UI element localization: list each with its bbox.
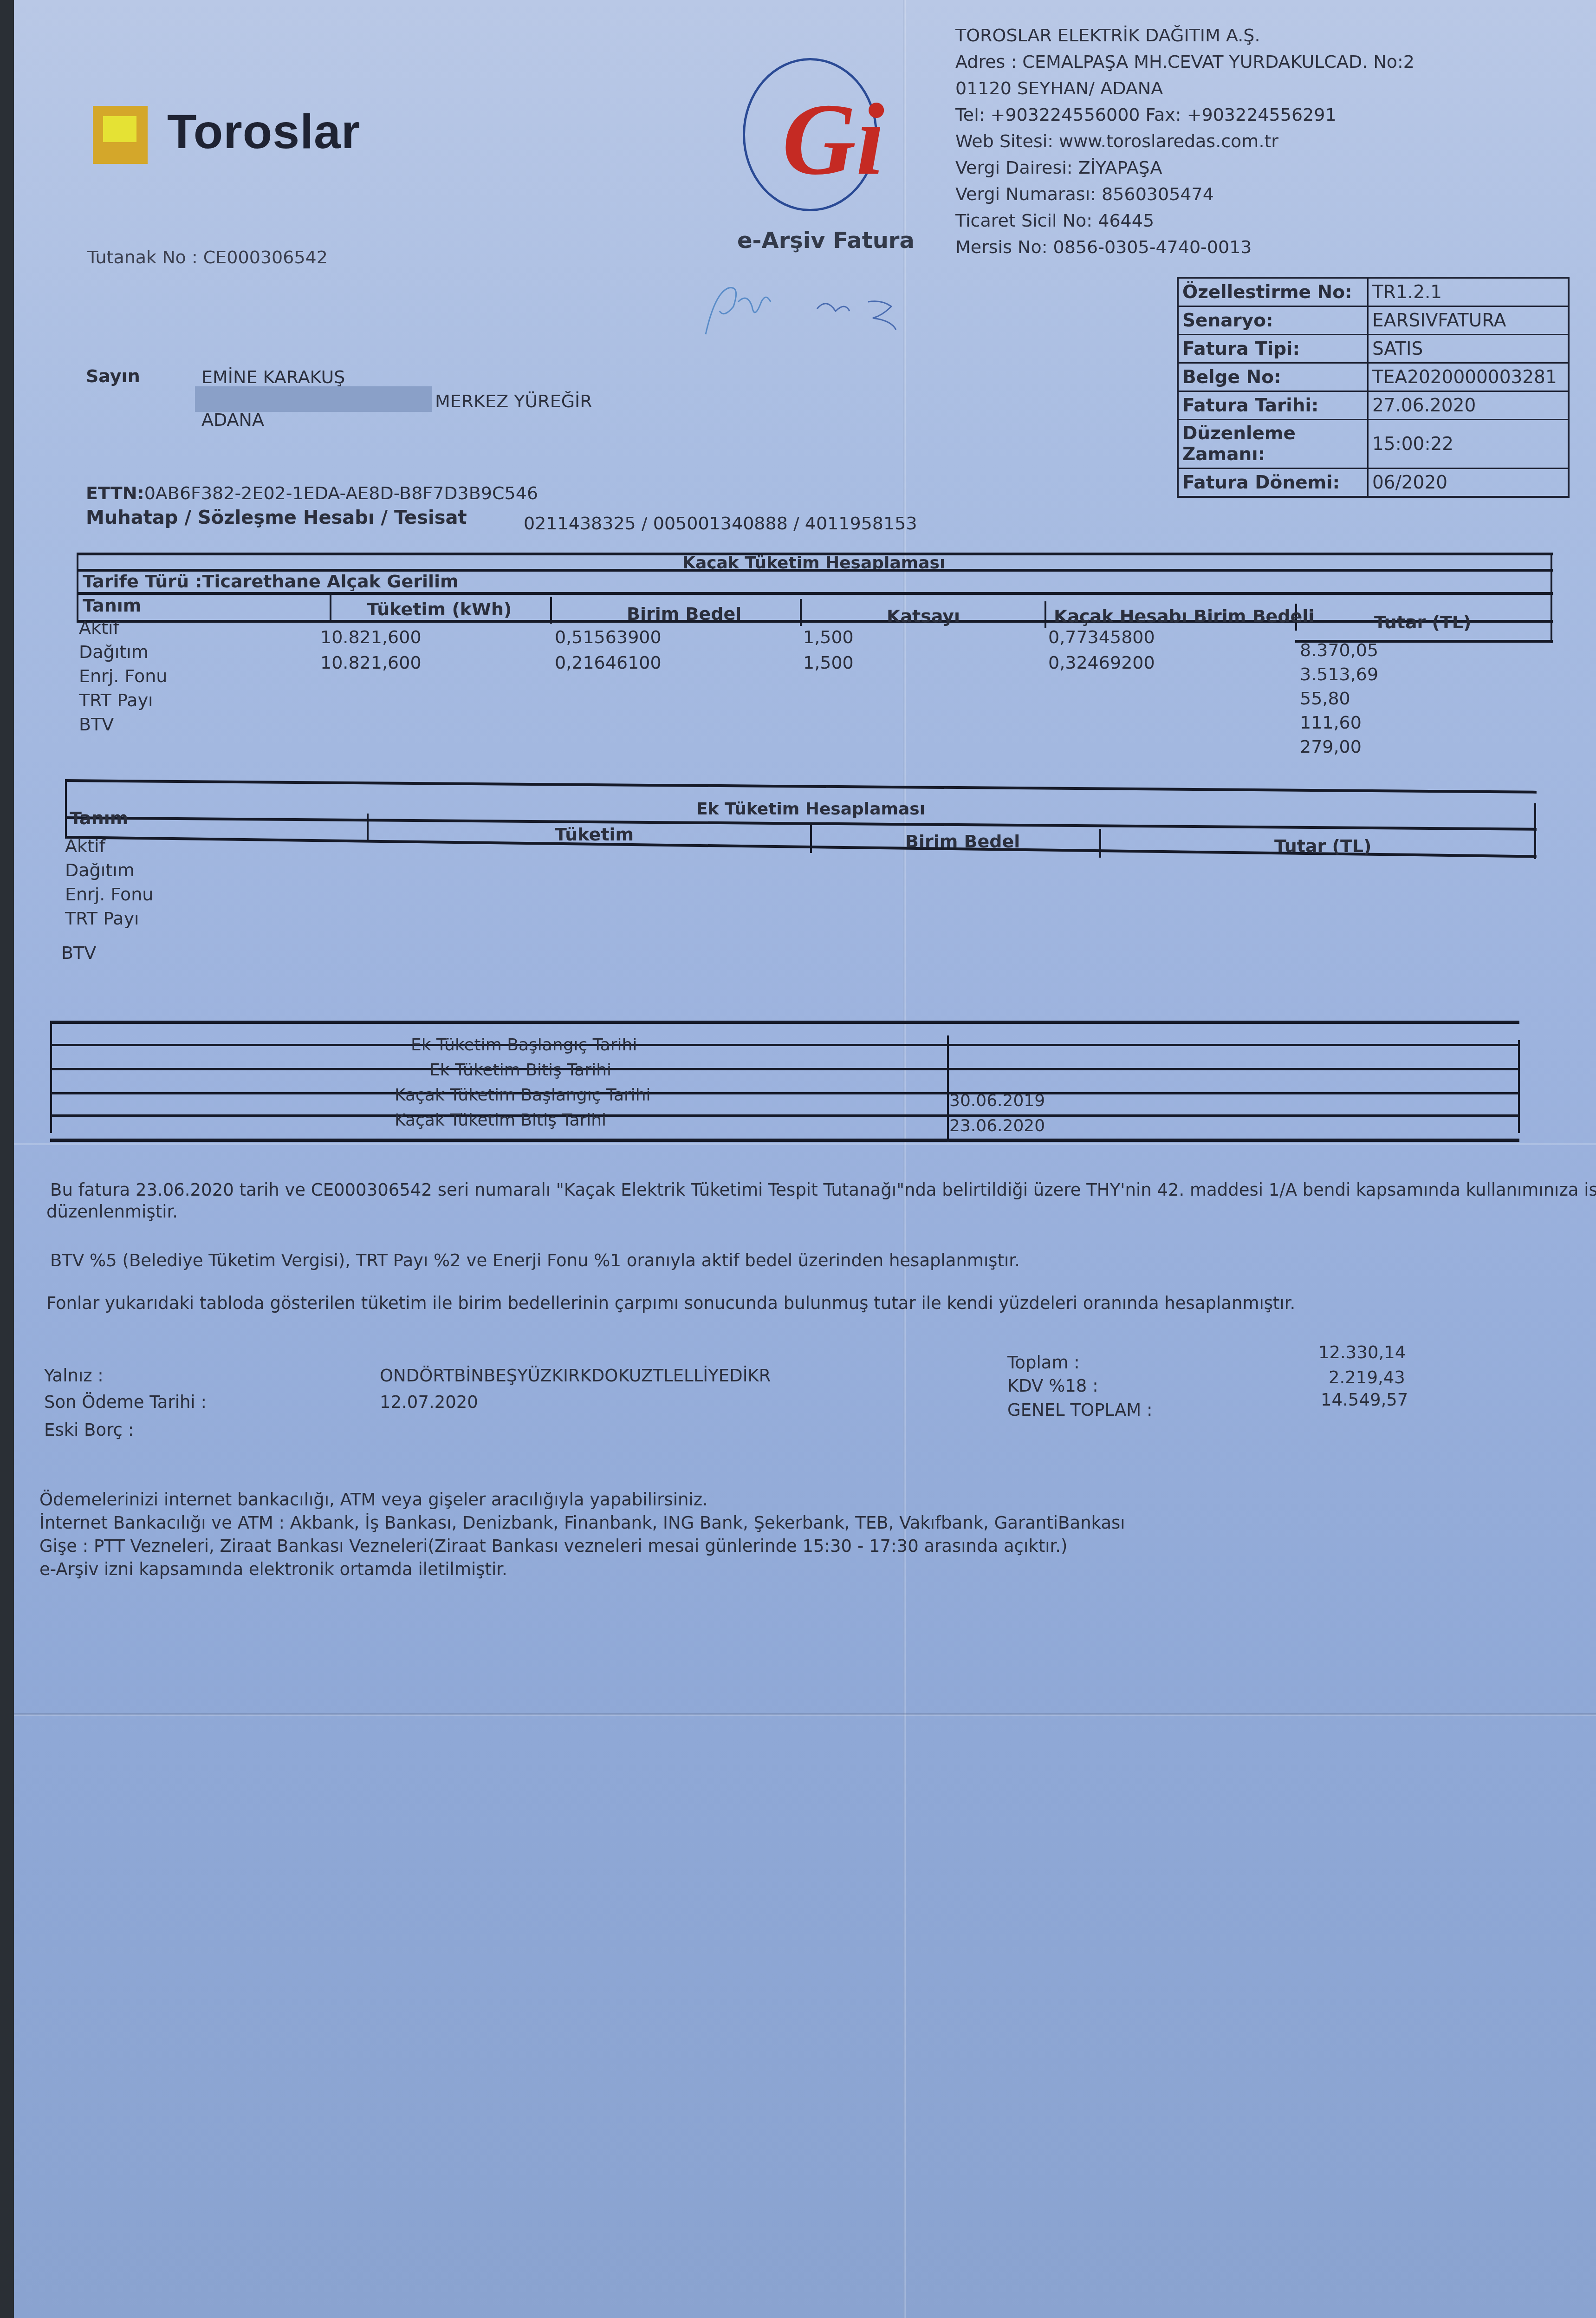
- kacak-header-katsayi: Katsayı: [887, 606, 960, 626]
- kacak-header-kacak-birim-bedel: Kaçak Hesabı Birim Bedeli: [1054, 606, 1314, 626]
- table-border: [1551, 553, 1552, 643]
- company-info-line: Mersis No: 0856-0305-4740-0013: [955, 234, 1414, 260]
- kacak-header-birim-bedel: Birim Bedel: [627, 604, 741, 624]
- ek-table-title: Ek Tüketim Hesaplaması: [696, 800, 925, 819]
- table-border: [77, 553, 78, 622]
- info-label: Senaryo:: [1178, 306, 1368, 335]
- kacak-cell-tuketim: 10.821,600: [320, 652, 422, 673]
- ek-header-tuketim: Tüketim: [555, 824, 634, 845]
- kacak-cell-tutar: 8.370,05: [1300, 640, 1378, 660]
- genel-toplam-label: GENEL TOPLAM :: [1007, 1399, 1152, 1422]
- date-value: 30.06.2019: [949, 1091, 1045, 1110]
- kacak-header-tuketim: Tüketim (kWh): [367, 599, 512, 619]
- company-info-line: Adres : CEMALPAŞA MH.CEVAT YURDAKULCAD. …: [955, 49, 1414, 75]
- yalniz-value: ONDÖRTBİNBEŞYÜZKIRKDOKUZTLELLİYEDİKR: [380, 1364, 771, 1387]
- table-border: [1518, 1040, 1520, 1133]
- info-value: SATIS: [1368, 335, 1569, 363]
- table-border: [65, 779, 67, 837]
- yalniz-label: Yalnız :: [44, 1364, 104, 1387]
- kacak-cell-kacak_birim: 0,32469200: [1048, 652, 1155, 673]
- table-border: [50, 1044, 1519, 1046]
- tariff-type: Tarife Türü :Ticarethane Alçak Gerilim: [83, 571, 459, 592]
- info-value: EARSIVFATURA: [1368, 306, 1569, 335]
- company-info-line: 01120 SEYHAN/ ADANA: [955, 75, 1414, 102]
- table-border: [947, 1035, 949, 1142]
- ettn-value: 0AB6F382-2E02-1EDA-AE8D-B8F7D3B9C546: [144, 483, 538, 503]
- info-value: TEA2020000003281: [1368, 363, 1569, 391]
- kdv-value: 2.219,43: [1329, 1366, 1405, 1389]
- kacak-cell-tanim: BTV: [79, 714, 114, 735]
- table-border: [330, 594, 331, 621]
- company-info-line: Vergi Dairesi: ZİYAPAŞA: [955, 155, 1414, 181]
- info-value: 27.06.2020: [1368, 391, 1569, 420]
- date-label: Kaçak Tüketim Başlangıç Tarihi: [395, 1086, 651, 1105]
- kacak-cell-tanim: TRT Payı: [79, 690, 153, 710]
- document-type: e-Arşiv Fatura: [737, 228, 915, 254]
- kacak-cell-katsayi: 1,500: [803, 627, 854, 647]
- note-line: Fonlar yukarıdaki tabloda gösterilen tük…: [46, 1292, 1295, 1315]
- paper-fold-vertical: [903, 0, 906, 2318]
- table-border: [1099, 829, 1101, 858]
- redacted-address: [195, 386, 432, 412]
- company-info: TOROSLAR ELEKTRİK DAĞITIM A.Ş.Adres : CE…: [955, 22, 1414, 260]
- kacak-header-tutar: Tutar (TL): [1374, 612, 1471, 632]
- kdv-label: KDV %18 :: [1007, 1374, 1098, 1398]
- info-label: Belge No:: [1178, 363, 1368, 391]
- ek-header-tutar: Tutar (TL): [1274, 836, 1371, 856]
- old-debt-label: Eski Borç :: [44, 1419, 134, 1442]
- kacak-cell-tanim: Enrj. Fonu: [79, 666, 167, 686]
- customer-city: ADANA: [201, 410, 264, 430]
- kacak-cell-tuketim: 10.821,600: [320, 627, 422, 647]
- kacak-cell-tanim: Dağıtım: [79, 642, 149, 662]
- info-row: Düzenleme Zamanı:15:00:22: [1178, 420, 1569, 469]
- company-info-line: Ticaret Sicil No: 46445: [955, 208, 1414, 234]
- ek-row-label: TRT Payı: [65, 908, 139, 929]
- info-label: Özellestirme No:: [1178, 278, 1368, 306]
- kacak-cell-birim: 0,21646100: [555, 652, 662, 673]
- ek-row-label: Aktif: [65, 836, 105, 856]
- table-border: [50, 1021, 1519, 1024]
- due-date-label: Son Ödeme Tarihi :: [44, 1391, 207, 1414]
- kacak-cell-birim: 0,51563900: [555, 627, 662, 647]
- gib-seal-icon: Gi: [743, 58, 877, 211]
- genel-toplam-value: 14.549,57: [1321, 1388, 1408, 1412]
- salutation-label: Sayın: [86, 366, 140, 386]
- brand-name: Toroslar: [167, 104, 360, 160]
- info-label: Düzenleme Zamanı:: [1178, 420, 1368, 469]
- customer-district: MERKEZ YÜREĞİR: [435, 391, 592, 411]
- company-info-line: TOROSLAR ELEKTRİK DAĞITIM A.Ş.: [955, 22, 1414, 49]
- signature-icon: [696, 274, 919, 339]
- kacak-cell-tutar: 111,60: [1300, 712, 1362, 733]
- kacak-cell-tutar: 279,00: [1300, 736, 1362, 757]
- info-row: Fatura Tarihi:27.06.2020: [1178, 391, 1569, 420]
- kacak-cell-tanim: Aktif: [79, 618, 119, 638]
- company-info-line: Tel: +903224556000 Fax: +903224556291: [955, 102, 1414, 128]
- toroslar-logo-icon: [93, 106, 148, 164]
- info-row: Özellestirme No:TR1.2.1: [1178, 278, 1569, 306]
- info-row: Fatura Tipi:SATIS: [1178, 335, 1569, 363]
- payment-line: Gişe : PTT Vezneleri, Ziraat Bankası Vez…: [39, 1535, 1067, 1558]
- note-line: düzenlenmiştir.: [46, 1200, 178, 1224]
- paper-fold-horizontal: [14, 1713, 1596, 1716]
- info-row: Fatura Dönemi:06/2020: [1178, 469, 1569, 497]
- table-border: [1045, 601, 1046, 628]
- info-value: 06/2020: [1368, 469, 1569, 497]
- date-label: Ek Tüketim Bitiş Tarihi: [429, 1061, 611, 1080]
- payment-line: Ödemelerinizi internet bankacılığı, ATM …: [39, 1488, 708, 1511]
- toplam-value: 12.330,14: [1318, 1341, 1406, 1364]
- company-info-line: Web Sitesi: www.toroslaredas.com.tr: [955, 128, 1414, 155]
- table-border: [77, 592, 1553, 595]
- table-border: [50, 1068, 1519, 1070]
- info-value: 15:00:22: [1368, 420, 1569, 469]
- note-line: BTV %5 (Belediye Tüketim Vergisi), TRT P…: [50, 1249, 1020, 1272]
- customer-name: EMİNE KARAKUŞ: [201, 367, 345, 387]
- date-value: 23.06.2020: [949, 1116, 1045, 1135]
- account-value: 0211438325 / 005001340888 / 4011958153: [524, 513, 917, 534]
- toplam-label: Toplam :: [1007, 1351, 1080, 1374]
- table-border: [50, 1139, 1519, 1142]
- table-border: [77, 620, 1553, 623]
- info-label: Fatura Dönemi:: [1178, 469, 1368, 497]
- table-border: [1534, 803, 1536, 859]
- ek-header-birim-bedel: Birim Bedel: [905, 831, 1020, 852]
- ek-row-label: Dağıtım: [65, 860, 135, 880]
- kacak-cell-tutar: 55,80: [1300, 688, 1350, 709]
- account-label: Muhatap / Sözleşme Hesabı / Tesisat: [86, 507, 467, 528]
- ettn-label: ETTN:: [86, 483, 144, 503]
- ek-row-label: BTV: [61, 943, 96, 963]
- kacak-cell-kacak_birim: 0,77345800: [1048, 627, 1155, 647]
- paper-fold-horizontal: [14, 1143, 1596, 1145]
- info-row: Senaryo:EARSIVFATURA: [1178, 306, 1569, 335]
- info-label: Fatura Tarihi:: [1178, 391, 1368, 420]
- info-label: Fatura Tipi:: [1178, 335, 1368, 363]
- note-line: Bu fatura 23.06.2020 tarih ve CE00030654…: [50, 1179, 1596, 1202]
- table-border: [800, 599, 802, 626]
- invoice-info-table: Özellestirme No:TR1.2.1Senaryo:EARSIVFAT…: [1177, 277, 1570, 498]
- kacak-cell-katsayi: 1,500: [803, 652, 854, 673]
- tutanak-number: Tutanak No : CE000306542: [87, 247, 328, 267]
- table-border: [810, 824, 812, 853]
- gib-logo-glyph: Gi: [782, 88, 884, 190]
- date-label: Kaçak Tüketim Bitiş Tarihi: [395, 1111, 606, 1130]
- table-border: [50, 1092, 1519, 1094]
- kacak-header-tanim: Tanım: [83, 595, 141, 616]
- ek-row-label: Enrj. Fonu: [65, 884, 153, 905]
- payment-line: e-Arşiv izni kapsamında elektronik ortam…: [39, 1558, 507, 1581]
- info-value: TR1.2.1: [1368, 278, 1569, 306]
- payment-line: İnternet Bankacılığı ve ATM : Akbank, İş…: [39, 1511, 1125, 1535]
- date-label: Ek Tüketim Başlangıç Tarihi: [411, 1035, 637, 1055]
- table-border: [50, 1114, 1519, 1117]
- info-row: Belge No:TEA2020000003281: [1178, 363, 1569, 391]
- due-date-value: 12.07.2020: [380, 1391, 478, 1414]
- company-info-line: Vergi Numarası: 8560305474: [955, 181, 1414, 208]
- ek-header-tanim: Tanım: [70, 808, 128, 828]
- table-border: [550, 597, 552, 624]
- kacak-cell-tutar: 3.513,69: [1300, 664, 1378, 684]
- table-border: [367, 814, 369, 842]
- ettn-row: ETTN:0AB6F382-2E02-1EDA-AE8D-B8F7D3B9C54…: [86, 483, 538, 503]
